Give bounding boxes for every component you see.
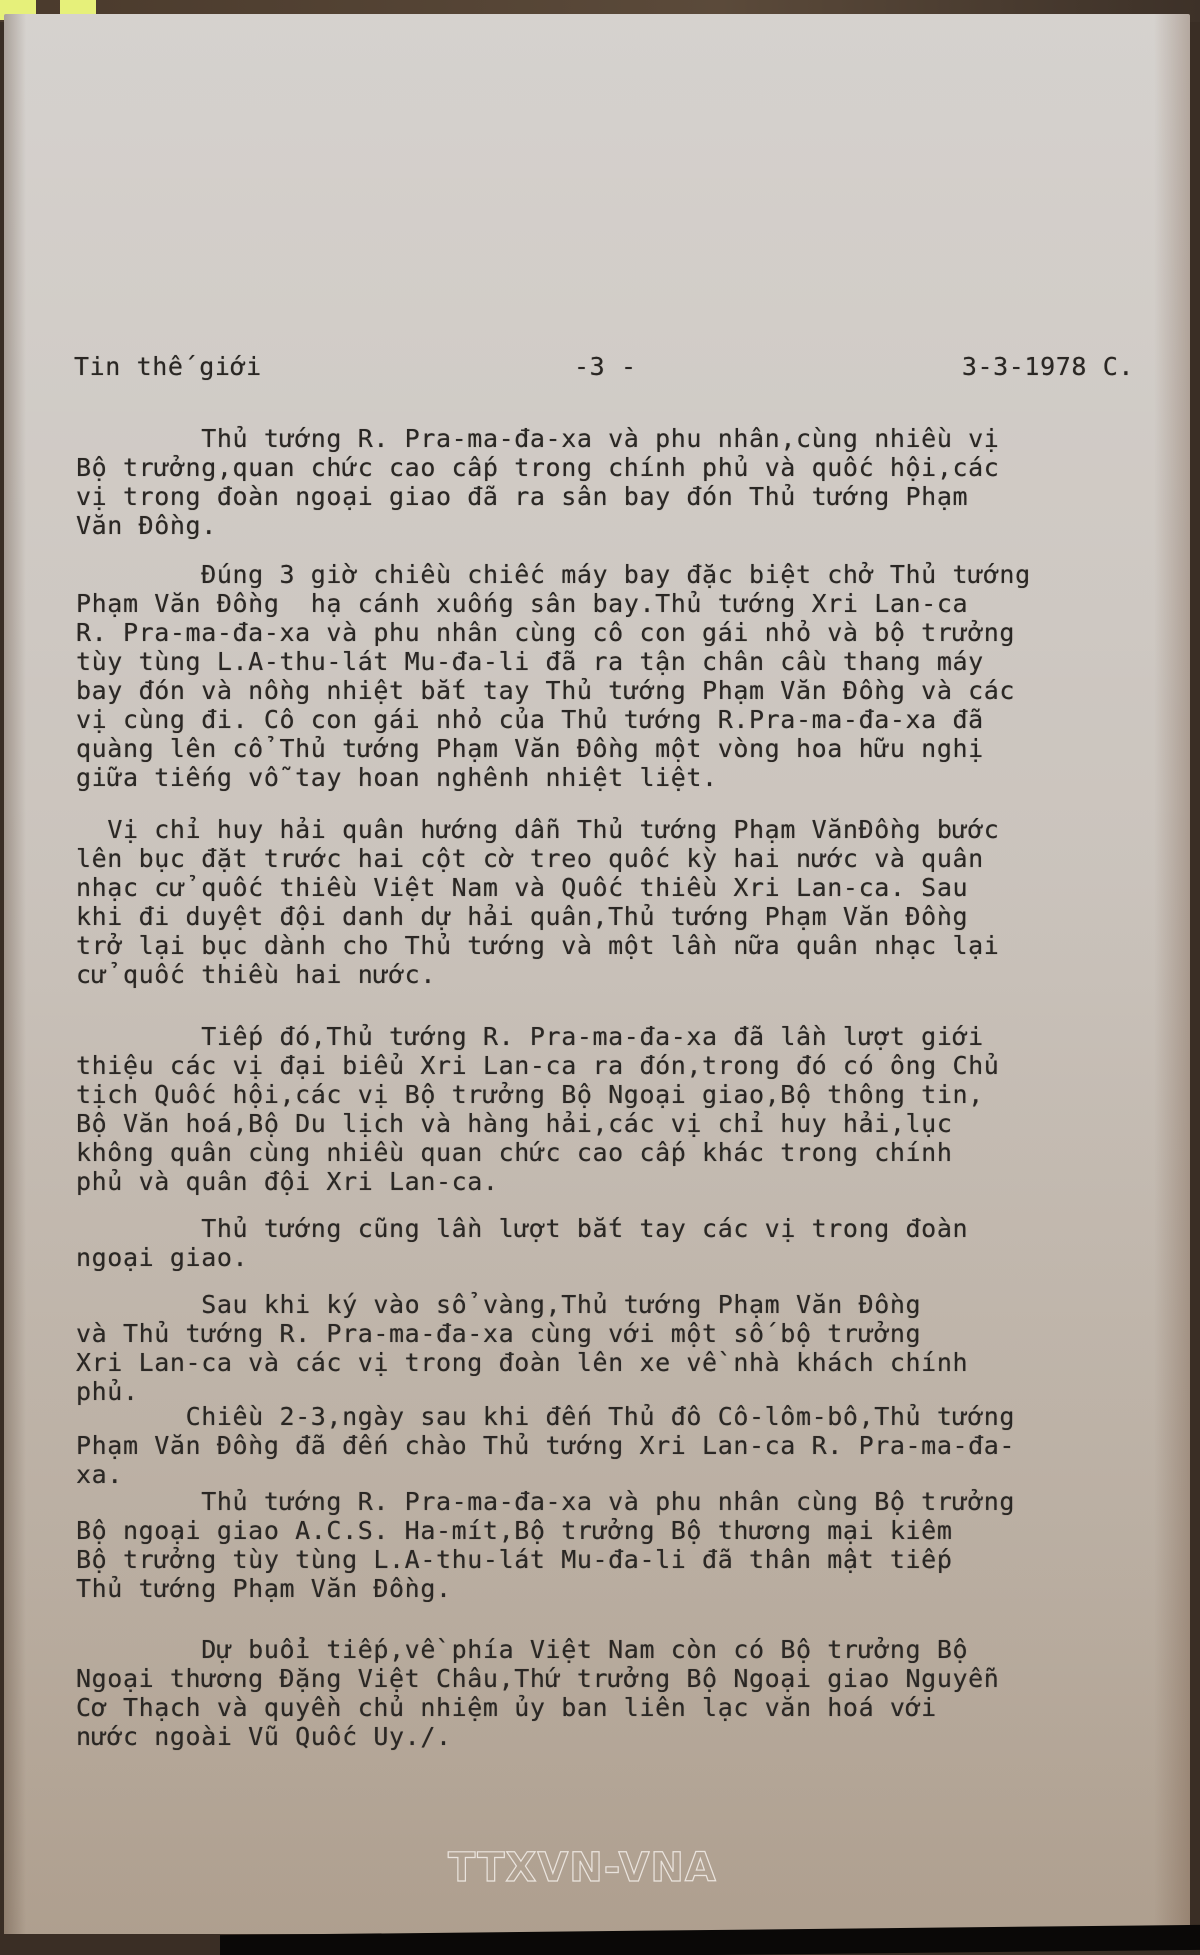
paragraph-7: Chiều 2-3,ngày sau khi đến Thủ đô Cô-lôm… [76, 1402, 1146, 1489]
paragraph-6: Sau khi ký vào sổ vàng,Thủ tướng Phạm Vă… [76, 1290, 1146, 1406]
agency-watermark: TTXVN-VNA [448, 1845, 717, 1891]
section-title: Tin thế giới [74, 352, 262, 381]
date-code: 3-3-1978 C. [962, 352, 1134, 381]
paragraph-5: Thủ tướng cũng lần lượt bắt tay các vị t… [76, 1214, 1146, 1272]
paragraph-1: Thủ tướng R. Pra-ma-đa-xa và phu nhân,cù… [76, 424, 1146, 540]
paragraph-9: Dự buổi tiếp,về phía Việt Nam còn có Bộ … [76, 1635, 1146, 1751]
paragraph-8: Thủ tướng R. Pra-ma-đa-xa và phu nhân cù… [76, 1487, 1146, 1603]
paragraph-4: Tiếp đó,Thủ tướng R. Pra-ma-đa-xa đã lần… [76, 1022, 1146, 1196]
page-header: Tin thế giới -3 - 3-3-1978 C. [74, 352, 1134, 384]
paragraph-3: Vị chỉ huy hải quân hướng dẫn Thủ tướng … [76, 815, 1146, 989]
page-number: -3 - [574, 352, 637, 381]
paragraph-2: Đúng 3 giờ chiều chiếc máy bay đặc biệt … [76, 560, 1146, 792]
